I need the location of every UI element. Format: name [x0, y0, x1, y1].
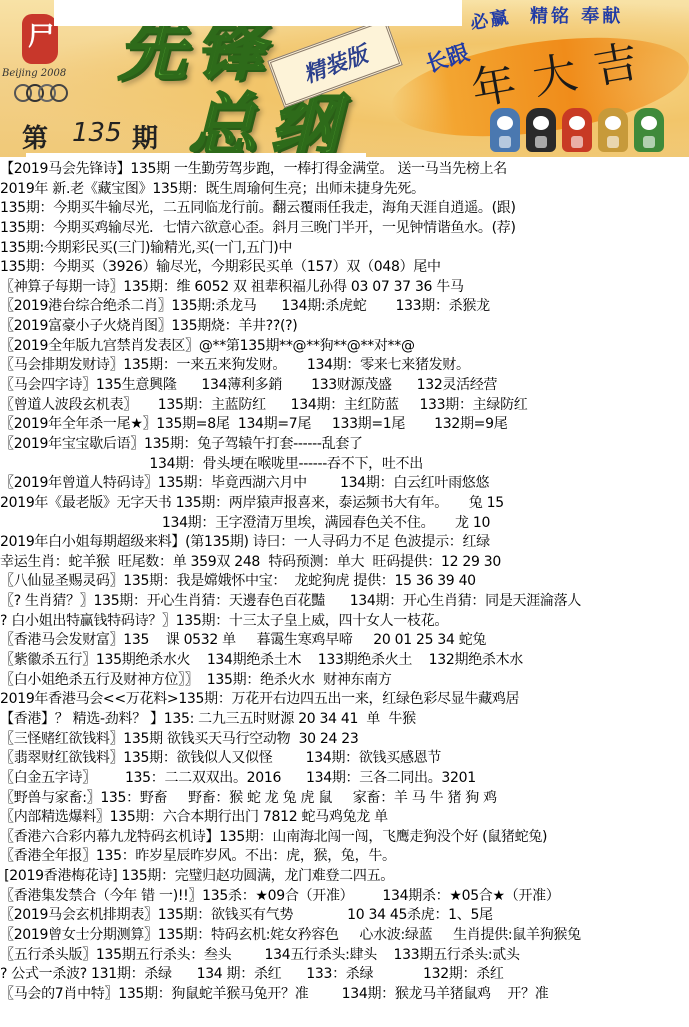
text-line: 〖野兽与家畜:〗135：野畜 野畜：猴 蛇 龙 兔 虎 鼠 家畜：羊 马 牛 猪… — [0, 789, 689, 809]
text-line: 〖2019港台综合绝杀二肖〗135期:杀龙马 134期:杀虎蛇 133期：杀猴龙 — [0, 297, 689, 317]
text-line: 〖紫徽杀五行〗135期绝杀水火 134期绝杀土木 133期绝杀火土 132期绝杀… — [0, 651, 689, 671]
text-line: 〖五行杀头版〗135期五行杀头：叁头 134五行杀头:肆头 133期五行杀头:贰… — [0, 946, 689, 966]
text-line: 〖马会排期发财诗〗135期：一来五来狗发财。 134期：零来七来猪发财。 — [0, 356, 689, 376]
header-banner: 尸 Beijing 2008 先 锋 总 纲 精装版 第 135 期 必赢 精铭… — [0, 0, 689, 157]
slogan-a: 必赢 — [468, 3, 512, 36]
blank-overlay-bottom — [26, 153, 366, 157]
article-body: 【2019马会先锋诗】135期 一生勤劳驾步跑，一棒打得金满堂。 送一马当先榜上… — [0, 160, 689, 1005]
text-line: 134期：王字澄清万里埃，满园春色关不住。 龙 10 — [0, 514, 689, 534]
text-line: 〖马会四字诗〗135生意興隆 134薄利多銷 133财源茂盛 132灵活经营 — [0, 376, 689, 396]
title-char-4: 纲 — [270, 92, 338, 157]
text-line: 〖翡翠财红欲钱料〗135期：欲钱似人又似怪 134期：欲钱买感恩节 — [0, 749, 689, 769]
text-line: 〖2019全年版九宫禁肖发表区〗@**第135期**@**狗**@**对**@ — [0, 337, 689, 357]
issue-suffix: 期 — [132, 118, 158, 155]
title-char-3: 总 — [188, 92, 256, 157]
text-line: [2019香港梅花诗] 135期：完璧归赵功圆满，龙门难登二四五。 — [0, 867, 689, 887]
mascot-red-icon — [562, 108, 592, 152]
text-line: 135期：今期买鸡输尽光．七情六欲意心歪。斜月三晚门半开，一见钟情谐鱼水。(荐) — [0, 219, 689, 239]
text-line: 〖香港马会发财富〗135 课 0532 单 暮霭生寒鸡早啼 20 01 25 3… — [0, 631, 689, 651]
text-line: 〖白小姐绝杀五行及财神方位〗〗 135期：绝杀火水 财神东南方 — [0, 671, 689, 691]
text-line: ? 公式一杀波? 131期：杀绿 134 期：杀红 133：杀绿 132期：杀红 — [0, 965, 689, 985]
text-line: 135期:今期彩民买(三门)输精光,买(一门,五门)中 — [0, 239, 689, 259]
text-line: 〖2019年全年杀一尾★〗135期=8尾 134期=7尾 133期=1尾 132… — [0, 415, 689, 435]
text-line: 2019年《最老版》无字天书 135期：两岸猿声报喜来，泰运频书大有年。 兔 1… — [0, 494, 689, 514]
text-line: 〖香港集发禁合（今年 错 一)!!〗135杀：★09合（开准） 134期杀：★0… — [0, 887, 689, 907]
text-line: 〖内部精选爆料〗135期：六合本期行出门 7812 蛇马鸡兔龙 单 — [0, 808, 689, 828]
issue-number: 135 — [72, 118, 122, 148]
text-line: 〖2019富豪小子火烧肖图〗135期烧：羊井??(?) — [0, 317, 689, 337]
text-line: 135期：今期买牛输尽光，二五同临龙行前。翻云覆雨任我走，海角天涯自逍遥。(跟) — [0, 199, 689, 219]
text-line: 〖香港六合彩内幕九龙特码玄机诗】135期：山南海北闯一闯，飞鹰走狗没个好 (鼠猪… — [0, 828, 689, 848]
olympic-mascots — [490, 108, 664, 152]
beijing-olympics-emblem-icon: 尸 — [22, 14, 58, 64]
edition-label: 精装版 — [299, 37, 372, 89]
text-line: ? 白小姐出特赢钱特码诗？〗135期：十三太子皇上威，四十女人一枝花。 — [0, 612, 689, 632]
text-line: 2019年香港马会<<万花料>135期：万花开右边四五出一来，红绿色彩尽显牛藏鸡… — [0, 690, 689, 710]
text-line: 【2019马会先锋诗】135期 一生勤劳驾步跑，一棒打得金满堂。 送一马当先榜上… — [0, 160, 689, 180]
mascot-green-icon — [634, 108, 664, 152]
text-line: 135期：今期买（3926）输尽光，今期彩民买单（157）双（048）尾中 — [0, 258, 689, 278]
issue-prefix: 第 — [22, 118, 48, 155]
mascot-yellow-icon — [598, 108, 628, 152]
text-line: 2019年白小姐每期超级来料】(第135期) 诗曰：一人寻码力不足 色波提示：红… — [0, 533, 689, 553]
text-line: 〖? 生肖猜？〗135期：开心生肖猜：天邊春色百花豔 134期：开心生肖猜：同是… — [0, 592, 689, 612]
text-line: 【香港】？ 精选-劲料？ 】135: 二九三五时财源 20 34 41 单 牛猴 — [0, 710, 689, 730]
text-line: 〖2019年曾道人特码诗〗135期：毕竟西湖六月中 134期：白云红叶雨悠悠 — [0, 474, 689, 494]
slogan-b: 精铭 奉献 — [530, 2, 623, 28]
blank-overlay-top — [54, 0, 462, 26]
text-line: 〖白金五字诗〗 135：二二双双出。2016 134期：三各二同出。3201 — [0, 769, 689, 789]
text-line: 134期：骨头埂在喉咙里------吞不下，吐不出 — [0, 455, 689, 475]
text-line: 〖曾道人波段玄机表〗 135期：主蓝防红 134期：主红防蓝 133期：主绿防红 — [0, 396, 689, 416]
olympic-rings-icon — [14, 84, 74, 104]
text-line: 〖2019马会玄机排期表〗135期：欲钱买有气势 10 34 45杀虎：1、5尾 — [0, 906, 689, 926]
text-line: 2019年 新.老《藏宝图》135期：既生周瑜何生亮；出师未捷身先死。 — [0, 180, 689, 200]
title-char-2: 锋 — [196, 16, 264, 86]
text-line: 〖神算子每期一诗〗135期：维 6052 双 祖辈积福儿孙得 03 07 37 … — [0, 278, 689, 298]
text-line: 幸运生肖：蛇羊猴 旺尾数：单 359双 248 特码预测：单大 旺码提供：12 … — [0, 553, 689, 573]
text-line: 〖香港全年报〗135：昨岁星辰昨岁风。不出：虎，猴，兔，牛。 — [0, 847, 689, 867]
text-line: 〖马会的7肖中特〗135期：狗鼠蛇羊猴马兔开？准 134期：猴龙马羊猪鼠鸡 开？… — [0, 985, 689, 1005]
text-line: 〖2019年宝宝歇后语〗135期：兔子驾辕午打套------乱套了 — [0, 435, 689, 455]
title-char-1: 先 — [118, 16, 186, 86]
text-line: 〖三怪赌红欲钱料〗135期 欲钱买天马行空动物 30 24 23 — [0, 730, 689, 750]
mascot-blue-icon — [490, 108, 520, 152]
logo-text: Beijing 2008 — [2, 68, 66, 79]
text-line: 〖八仙显圣赐灵码〗135期：我是嫦娥怀中宝： 龙蛇狗虎 提供：15 36 39 … — [0, 572, 689, 592]
text-line: 〖2019曾女士分期测算〗135期：特码玄机:姹女矜容色 心水波:绿蓝 生肖提供… — [0, 926, 689, 946]
mascot-black-icon — [526, 108, 556, 152]
